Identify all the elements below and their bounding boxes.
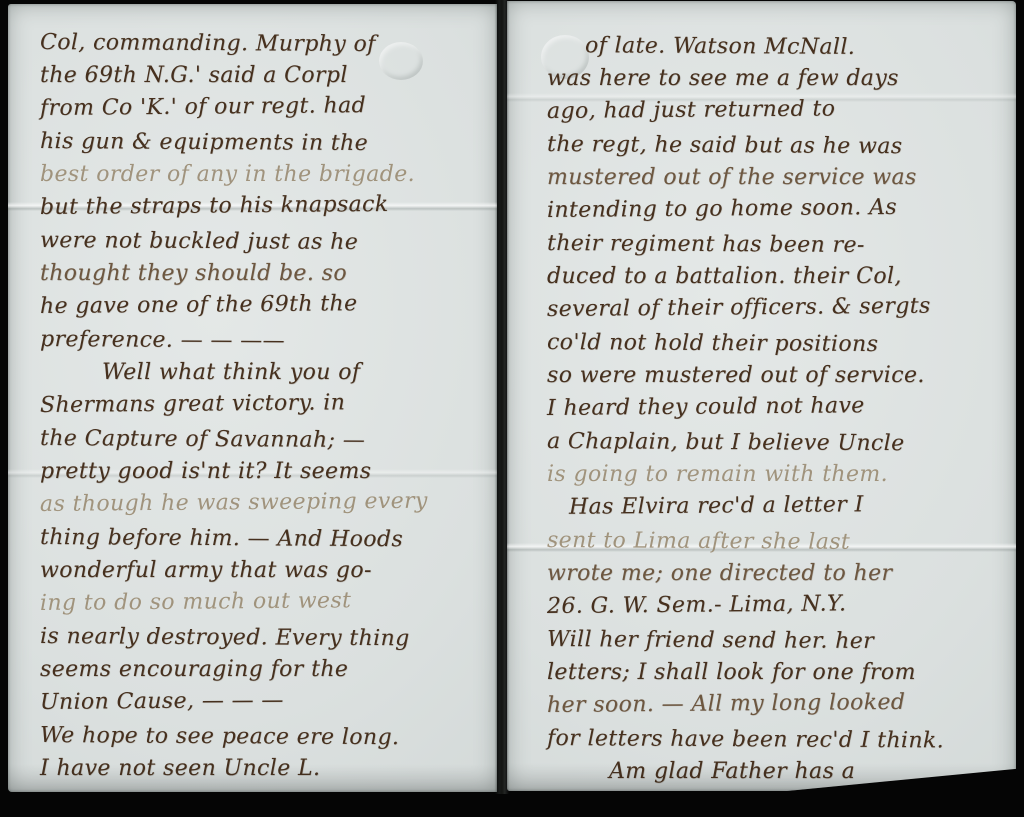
handwritten-line: duced to a battalion. their Col, bbox=[547, 260, 1016, 293]
handwritten-line: mustered out of the service was bbox=[547, 161, 1016, 194]
handwritten-line: seems encouraging for the bbox=[40, 653, 497, 686]
handwritten-line: their regiment has been re- bbox=[547, 227, 1016, 263]
handwritten-line: wonderful army that was go- bbox=[40, 554, 497, 587]
center-fold bbox=[495, 0, 509, 794]
handwritten-line: Union Cause, — — — bbox=[40, 682, 497, 719]
handwritten-line: intending to go home soon. As bbox=[547, 190, 1016, 227]
handwritten-line: ing to do so much out west bbox=[40, 583, 497, 620]
handwritten-line: co'ld not hold their positions bbox=[547, 326, 1016, 362]
handwritten-line: I heard they could not have bbox=[547, 388, 1016, 425]
handwritten-line: were not buckled just as he bbox=[40, 224, 497, 260]
handwritten-line: sent to Lima after she last bbox=[547, 524, 1016, 560]
letter-page-right: of late. Watson McNall. was here to see … bbox=[507, 1, 1016, 791]
handwritten-line: a Chaplain, but I believe Uncle bbox=[547, 425, 1016, 461]
handwritten-line: so were mustered out of service. bbox=[547, 359, 1016, 392]
handwritten-line: letters; I shall look for one from bbox=[547, 656, 1016, 689]
handwritten-line: Am glad Father has a bbox=[547, 755, 1016, 788]
handwritten-line: best order of any in the brigade. bbox=[40, 158, 497, 191]
handwritten-line: several of their officers. & sergts bbox=[547, 289, 1016, 326]
photo-background: Col, commanding. Murphy of the 69th N.G.… bbox=[0, 0, 1024, 817]
handwritten-line: ago, had just returned to bbox=[547, 91, 1016, 128]
right-page-text: of late. Watson McNall. was here to see … bbox=[507, 1, 1016, 791]
handwritten-line: his gun & equipments in the bbox=[40, 125, 497, 161]
handwritten-line: as though he was sweeping every bbox=[40, 484, 497, 521]
handwritten-line: We hope to see peace ere long. bbox=[40, 719, 497, 755]
handwritten-line: the Capture of Savannah; — bbox=[40, 422, 497, 458]
handwritten-line: Shermans great victory. in bbox=[40, 385, 497, 422]
handwritten-line: 26. G. W. Sem.- Lima, N.Y. bbox=[547, 586, 1016, 623]
handwritten-line: the 69th N.G.' said a Corpl bbox=[40, 59, 497, 92]
handwritten-line: I have not seen Uncle L. bbox=[40, 752, 497, 785]
left-page-text: Col, commanding. Murphy of the 69th N.G.… bbox=[8, 4, 497, 792]
handwritten-line: thought they should be. so bbox=[40, 257, 497, 290]
handwritten-line: is nearly destroyed. Every thing bbox=[40, 620, 497, 656]
handwritten-line: from Co 'K.' of our regt. had bbox=[40, 88, 497, 125]
handwritten-line: pretty good is'nt it? It seems bbox=[40, 455, 497, 488]
handwritten-line: he gave one of the 69th the bbox=[40, 286, 497, 323]
handwritten-line: for letters have been rec'd I think. bbox=[547, 722, 1016, 758]
handwritten-line: preference. — — —— bbox=[40, 323, 497, 359]
handwritten-line: the regt, he said but as he was bbox=[547, 128, 1016, 164]
handwritten-line: thing before him. — And Hoods bbox=[40, 521, 497, 557]
handwritten-line: Col, commanding. Murphy of bbox=[40, 26, 497, 62]
handwritten-line: Will her friend send her. her bbox=[547, 623, 1016, 659]
handwritten-line: Well what think you of bbox=[40, 356, 497, 389]
handwritten-line: but the straps to his knapsack bbox=[40, 187, 497, 224]
handwritten-line: of late. Watson McNall. bbox=[547, 29, 1016, 65]
letter-page-left: Col, commanding. Murphy of the 69th N.G.… bbox=[8, 4, 497, 792]
handwritten-line: was here to see me a few days bbox=[547, 62, 1016, 95]
handwritten-line: is going to remain with them. bbox=[547, 458, 1016, 491]
handwritten-line: wrote me; one directed to her bbox=[547, 557, 1016, 590]
handwritten-line: her soon. — All my long looked bbox=[547, 685, 1016, 722]
handwritten-line: Has Elvira rec'd a letter I bbox=[547, 487, 1016, 524]
